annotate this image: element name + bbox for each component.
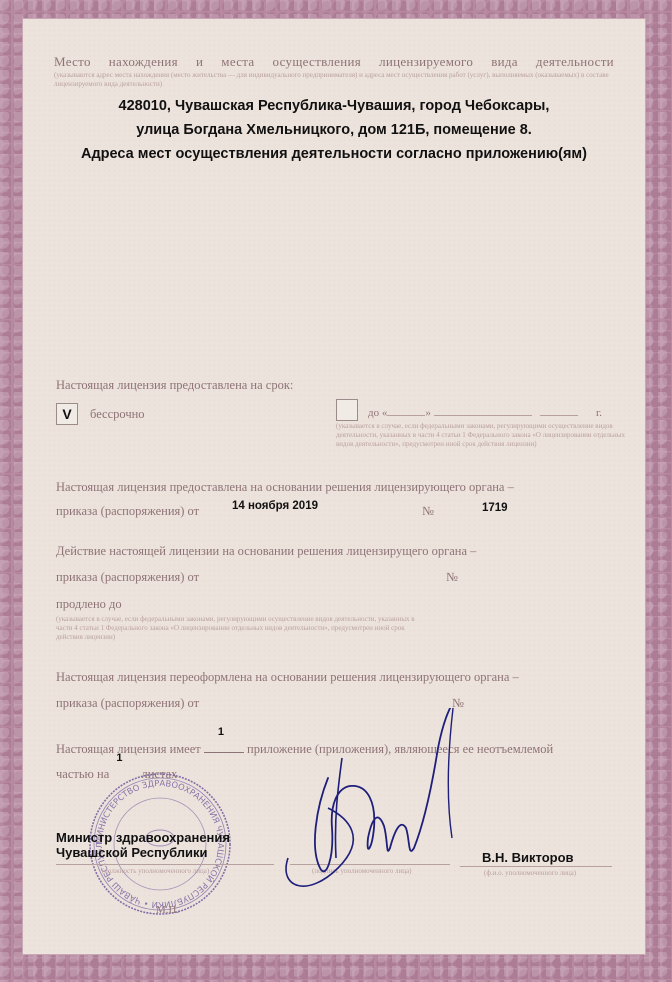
extension-number-label: № (446, 570, 458, 585)
heading-word: осуществления (273, 54, 362, 70)
signatory-name: В.Н. Викторов (482, 850, 574, 865)
heading-word: места (221, 54, 254, 70)
handwritten-signature (268, 708, 468, 898)
section-heading: Местонахожденияиместаосуществлениялиценз… (54, 54, 614, 70)
signatory-position: Министр здравоохранения Чувашской Респуб… (56, 830, 230, 860)
seal-place-label: М.П. (156, 904, 179, 916)
heading-note: (указываются адрес места нахождения (мес… (54, 71, 622, 89)
name-caption: (ф.и.о. уполномоченного лица) (484, 869, 576, 878)
heading-word: Место (54, 54, 91, 70)
reissue-order-label: приказа (распоряжения) от (56, 696, 199, 711)
year-suffix: г. (596, 407, 602, 419)
heading-word: лицензируемого (379, 54, 473, 70)
until-prefix: до «» (368, 407, 578, 419)
grant-line-1: Настоящая лицензия предоставлена на осно… (56, 480, 514, 495)
address-line-3: Адреса мест осуществления деятельности с… (22, 146, 646, 162)
extension-note: (указывается в случае, если федеральными… (56, 615, 416, 642)
extended-until-label: продлено до (56, 597, 122, 612)
heading-word: деятельности (536, 54, 614, 70)
grant-number-label: № (422, 504, 434, 519)
address-line-2: улица Богдана Хмельницкого, дом 121Б, по… (22, 122, 646, 138)
extension-line-1: Действие настоящей лицензии на основании… (56, 544, 476, 559)
appendix-sheets: 1 (116, 752, 122, 764)
limited-term-note: (указывается в случае, если федеральными… (336, 422, 636, 449)
grant-order-label: приказа (распоряжения) от (56, 504, 199, 519)
limited-checkbox[interactable] (336, 399, 358, 421)
heading-word: нахождения (109, 54, 178, 70)
position-caption: (должность уполномоченного лица) (102, 867, 209, 876)
extension-order-label: приказа (распоряжения) от (56, 570, 199, 585)
grant-order-date: 14 ноября 2019 (232, 500, 318, 512)
address-line-1: 428010, Чувашская Республика-Чувашия, го… (22, 98, 646, 114)
term-label: Настоящая лицензия предоставлена на срок… (56, 378, 293, 393)
license-sheet: Местонахожденияиместаосуществлениялиценз… (22, 18, 646, 955)
reissue-line-1: Настоящая лицензия переоформлена на осно… (56, 670, 519, 685)
appendix-count: 1 (218, 726, 224, 738)
unlimited-label: бессрочно (90, 407, 145, 422)
checkmark: V (62, 406, 71, 422)
heading-word: и (196, 54, 203, 70)
heading-word: вида (491, 54, 518, 70)
grant-order-number: 1719 (482, 502, 508, 514)
unlimited-checkbox[interactable]: V (56, 403, 78, 425)
